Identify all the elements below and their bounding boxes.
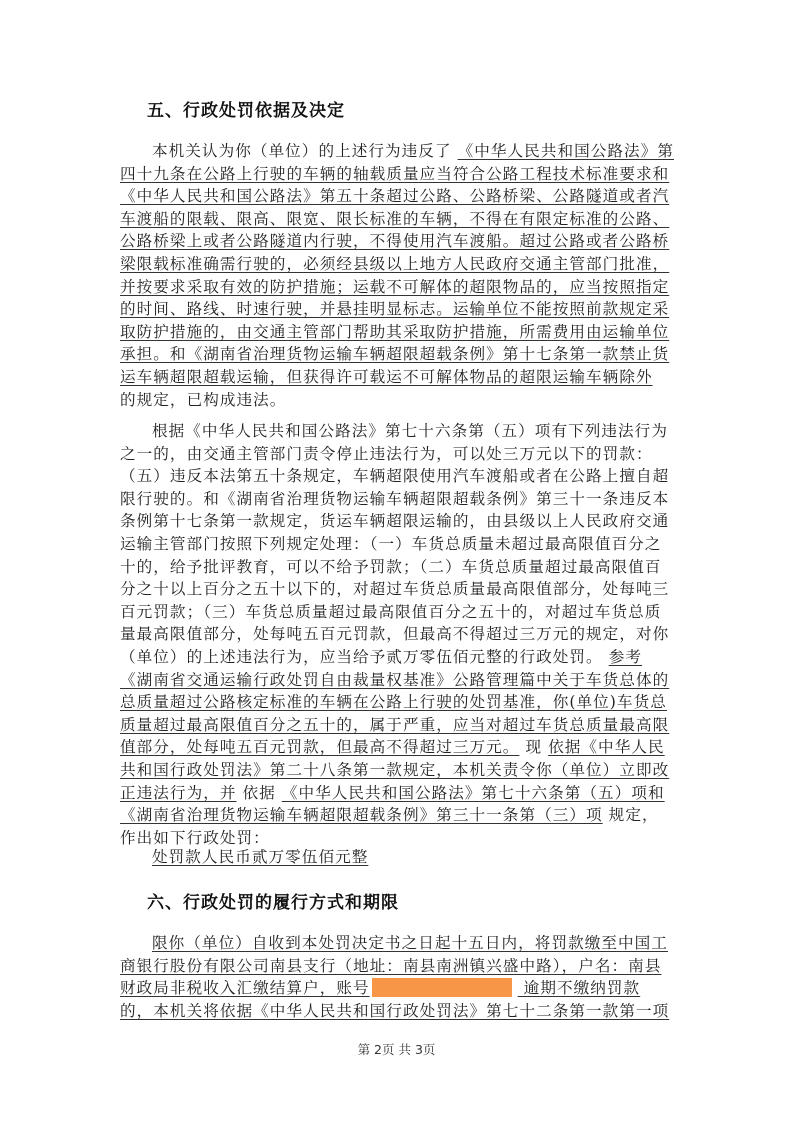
underlined-text: 的时间、路线、时速行驶，并悬挂明显标志。运输单位不能按照前款规定采: [120, 300, 669, 318]
plain-text: 条例第十七条第一款规定，货运车辆超限运输的，由县级以上人民政府交通: [120, 512, 669, 530]
text-line: （单位）的上述违法行为，应当给予贰万零伍佰元整的行政处罚。 参考: [120, 646, 674, 669]
text-line: 的，本机关将依据《中华人民共和国行政处罚法》第七十二条第一款第一项: [120, 1000, 674, 1023]
text-line: 《湖南省交通运输行政处罚自由裁量权基准》公路管理篇中关于车货总体的: [120, 669, 674, 692]
section6-paragraph-payment: 限你（单位）自收到本处罚决定书之日起十五日内，将罚款缴至中国工商银行股份有限公司…: [120, 932, 674, 1022]
text-line: 分之十以上百分之五十以下的，对超过车货总质量最高限值部分，处每吨三: [120, 578, 674, 601]
section5-paragraph-violation: 本机关认为你（单位）的上述行为违反了 《中华人民共和国公路法》第四十九条在公路上…: [120, 140, 674, 411]
text-line: 值部分，处每吨五百元罚款，但最高不得超过三万元。 现 依据《中华人民: [120, 736, 674, 759]
underlined-text: 《中华人民共和国公路法》第五十条超过公路、公路桥梁、公路隧道或者汽: [120, 187, 669, 205]
text-line: 公路桥梁上或者公路隧道内行驶，不得使用汽车渡船。超过公路或者公路桥: [120, 230, 674, 253]
plain-text: 本机关认为你（单位）的上述行为违反了: [152, 142, 458, 160]
text-line: 运输主管部门按照下列规定处理：（一）车货总质量未超过最高限值百分之: [120, 533, 674, 556]
underlined-text: 限你（单位）自收到本处罚决定书之日起十五日内，将罚款缴至中国工: [152, 934, 668, 952]
plain-text: 作出如下行政处罚：: [120, 829, 270, 847]
text-line: 财政局非税收入汇缴结算户，账号 逾期不缴纳罚款: [120, 977, 674, 1000]
plain-text: 现: [519, 738, 548, 756]
plain-text: 百元罚款；（三）车货总质量超过最高限值百分之五十的，对超过车货总质: [120, 603, 661, 621]
plain-text: 十的，给予批评教育，可以不给予罚款；（二）车货总质量超过最高限值百: [120, 558, 661, 576]
page-number: 第 2页 共 3页: [0, 1040, 793, 1058]
underlined-text: 四十九条在公路上行驶的车辆的轴载质量应当符合公路工程技术标准要求和: [120, 165, 669, 183]
plain-text: 运输主管部门按照下列规定处理：（一）车货总质量未超过最高限值百分之: [120, 535, 661, 553]
underlined-text: 《中华人民共和国公路法》第七十六条第（五）项和: [282, 784, 665, 802]
plain-text: 量最高限值部分，处每吨五百元罚款，但最高不得超过三万元的规定，对你: [120, 625, 669, 643]
text-line: 并按要求采取有效的防护措施；运载不可解体的超限物品的，应当按照指定: [120, 276, 674, 299]
text-line: 的时间、路线、时速行驶，并悬挂明显标志。运输单位不能按照前款规定采: [120, 298, 674, 321]
text-line: 正违法行为，并 依据 《中华人民共和国公路法》第七十六条第（五）项和: [120, 782, 674, 805]
underlined-text: 公路桥梁上或者公路隧道内行驶，不得使用汽车渡船。超过公路或者公路桥: [120, 232, 669, 250]
text-line: 车渡船的限载、限高、限宽、限长标准的车辆，不得在有限定标准的公路、: [120, 208, 674, 231]
text-line: 根据《中华人民共和国公路法》第七十六条第（五）项有下列违法行为: [120, 420, 674, 443]
underlined-text: 质量超过最高限值百分之五十的，属于严重，应当对超过车货总质量最高限: [120, 716, 669, 734]
plain-text: 规定，: [603, 806, 659, 824]
underlined-text: 取防护措施的，由交通主管部门帮助其采取防护措施，所需费用由运输单位: [120, 323, 669, 341]
text-line: （五）违反本法第五十条规定，车辆超限使用汽车渡船或者在公路上擅自超: [120, 465, 674, 488]
underlined-text: 并按要求采取有效的防护措施；运载不可解体的超限物品的，应当按照指定: [120, 278, 669, 296]
underlined-text: 《湖南省治理货物运输车辆超限超载条例》第三十一条第（三）项: [120, 806, 603, 824]
underlined-text: 车渡船的限载、限高、限宽、限长标准的车辆，不得在有限定标准的公路、: [120, 210, 669, 228]
plain-text: 限行驶的。和《湖南省治理货物运输车辆超限超载条例》第三十一条违反本: [120, 490, 669, 508]
underlined-text: 梁限载标准确需行驶的，必须经县级以上地方人民政府交通主管部门批准，: [120, 255, 669, 273]
penalty-amount-text: 处罚款人民币贰万零伍佰元整: [152, 848, 368, 866]
text-line: 之一的，由交通主管部门责令停止违法行为，可以处三万元以下的罚款：: [120, 443, 674, 466]
plain-text: 分之十以上百分之五十以下的，对超过车货总质量最高限值部分，处每吨三: [120, 580, 669, 598]
text-line: 运车辆超限超载运输，但获得许可载运不可解体物品的超限运输车辆除外: [120, 366, 674, 389]
underlined-text: 商银行股份有限公司南县支行（地址：南县南洲镇兴盛中路），户名：南县: [120, 957, 661, 975]
penalty-decision: 处罚款人民币贰万零伍佰元整: [152, 846, 706, 869]
underlined-text: 依据《中华人民: [548, 738, 665, 756]
text-line: 取防护措施的，由交通主管部门帮助其采取防护措施，所需费用由运输单位: [120, 321, 674, 344]
underlined-text: 总质量超过公路核定标准的车辆在公路上行驶的处罚基准，你(单位)车货总: [120, 693, 667, 711]
plain-text: （单位）的上述违法行为，应当给予贰万零伍佰元整的行政处罚。: [120, 648, 609, 666]
text-line: 《中华人民共和国公路法》第五十条超过公路、公路桥梁、公路隧道或者汽: [120, 185, 674, 208]
plain-text: 的规定，已构成违法。: [120, 391, 286, 409]
text-line: 承担。和《湖南省治理货物运输车辆超限超载条例》第十七条第一款禁止货: [120, 343, 674, 366]
text-line: 量最高限值部分，处每吨五百元罚款，但最高不得超过三万元的规定，对你: [120, 623, 674, 646]
underlined-text: 《中华人民共和国公路法》第: [458, 142, 674, 160]
plain-text: （五）违反本法第五十条规定，车辆超限使用汽车渡船或者在公路上擅自超: [120, 467, 669, 485]
plain-text: 根据《中华人民共和国公路法》第七十六条第（五）项有下列违法行为: [152, 422, 668, 440]
document-page: 五、行政处罚依据及决定 本机关认为你（单位）的上述行为违反了 《中华人民共和国公…: [0, 0, 793, 1122]
underlined-text: 逾期不缴纳罚款: [518, 979, 641, 997]
underlined-text: 的，本机关将依据《中华人民共和国行政处罚法》第七十二条第一款第一项: [120, 1002, 669, 1020]
text-line: 本机关认为你（单位）的上述行为违反了 《中华人民共和国公路法》第: [120, 140, 674, 163]
text-line: 四十九条在公路上行驶的车辆的轴载质量应当符合公路工程技术标准要求和: [120, 163, 674, 186]
text-line: 质量超过最高限值百分之五十的，属于严重，应当对超过车货总质量最高限: [120, 714, 674, 737]
text-line: 限行驶的。和《湖南省治理货物运输车辆超限超载条例》第三十一条违反本: [120, 488, 674, 511]
redacted-account-number: [372, 978, 512, 997]
text-line: 总质量超过公路核定标准的车辆在公路上行驶的处罚基准，你(单位)车货总: [120, 691, 674, 714]
underlined-text: 《湖南省交通运输行政处罚自由裁量权基准》公路管理篇中关于车货总体的: [120, 671, 669, 689]
text-line: 限你（单位）自收到本处罚决定书之日起十五日内，将罚款缴至中国工: [120, 932, 674, 955]
text-line: 十的，给予批评教育，可以不给予罚款；（二）车货总质量超过最高限值百: [120, 556, 674, 579]
text-line: 商银行股份有限公司南县支行（地址：南县南洲镇兴盛中路），户名：南县: [120, 955, 674, 978]
section6-heading: 六、行政处罚的履行方式和期限: [147, 888, 399, 913]
plain-text: 依据: [237, 784, 282, 802]
text-line: 《湖南省治理货物运输车辆超限超载条例》第三十一条第（三）项 规定，: [120, 804, 674, 827]
underlined-text: 参考: [609, 648, 642, 666]
text-line: 共和国行政处罚法》第二十八条第一款规定，本机关责令你（单位）立即改: [120, 759, 674, 782]
underlined-text: 正违法行为，并: [120, 784, 237, 802]
underlined-text: 承担。和《湖南省治理货物运输车辆超限超载条例》第十七条第一款禁止货: [120, 345, 669, 363]
section5-heading: 五、行政处罚依据及决定: [147, 96, 345, 121]
underlined-text: 财政局非税收入汇缴结算户，账号: [120, 979, 370, 997]
underlined-text: 共和国行政处罚法》第二十八条第一款规定，本机关责令你（单位）立即改: [120, 761, 669, 779]
text-line: 梁限载标准确需行驶的，必须经县级以上地方人民政府交通主管部门批准，: [120, 253, 674, 276]
text-line: 的规定，已构成违法。: [120, 389, 674, 412]
underlined-text: 值部分，处每吨五百元罚款，但最高不得超过三万元。: [120, 738, 519, 756]
plain-text: 之一的，由交通主管部门责令停止违法行为，可以处三万元以下的罚款：: [120, 445, 653, 463]
text-line: 条例第十七条第一款规定，货运车辆超限运输的，由县级以上人民政府交通: [120, 510, 674, 533]
underlined-text: 运车辆超限超载运输，但获得许可载运不可解体物品的超限运输车辆除外: [120, 368, 653, 386]
text-line: 百元罚款；（三）车货总质量超过最高限值百分之五十的，对超过车货总质: [120, 601, 674, 624]
section5-paragraph-basis: 根据《中华人民共和国公路法》第七十六条第（五）项有下列违法行为之一的，由交通主管…: [120, 420, 674, 849]
